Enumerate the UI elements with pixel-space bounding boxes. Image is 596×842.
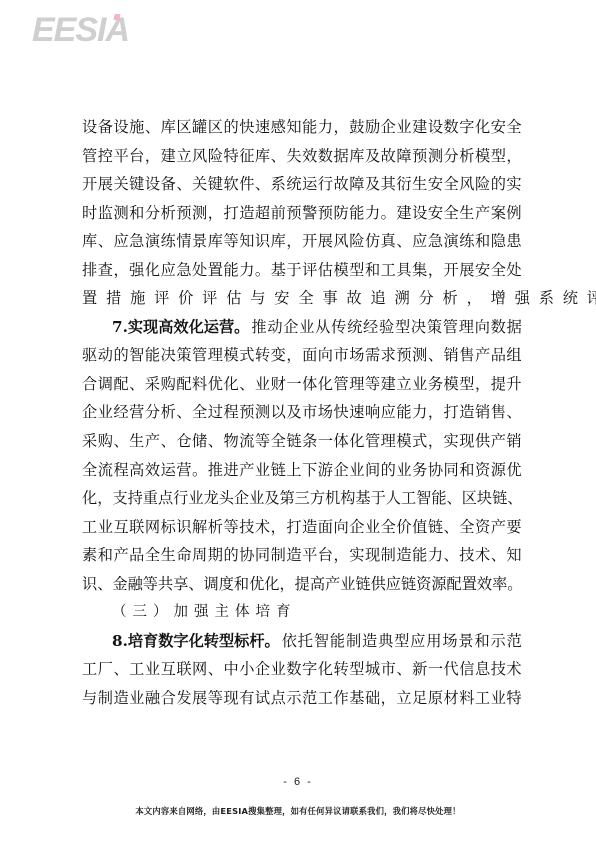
paragraph-line: 识、金融等共享、调度和优化，提高产业链供应链资源配置效率。 — [82, 570, 522, 599]
page-number: - 6 - — [0, 776, 596, 788]
paragraph-line: 置措施评价评估与安全事故追溯分析，增强系统评估能力。 — [82, 284, 522, 313]
paragraph-line: 合调配、采购配料优化、业财一体化管理等建立业务模型，提升 — [82, 370, 522, 399]
paragraph-line: 工业互联网标识解析等技术，打造面向企业全价值链、全资产要 — [82, 513, 522, 542]
paragraph-line: 开展关键设备、关键软件、系统运行故障及其衍生安全风险的实 — [82, 170, 522, 199]
paragraph-line: 8.培育数字化转型标杆。依托智能制造典型应用场景和示范 — [82, 627, 522, 656]
bold-lead-heading: 8.培育数字化转型标杆。 — [112, 627, 280, 656]
paragraph-line: 7.实现高效化运营。推动企业从传统经验型决策管理向数据 — [82, 313, 522, 342]
paragraph-line: 与制造业融合发展等现有试点示范工作基础，立足原材料工业特 — [82, 684, 522, 713]
document-body: 设备设施、库区罐区的快速感知能力，鼓励企业建设数字化安全管控平台，建立风险特征库… — [82, 113, 522, 712]
paragraph-line: 排查，强化应急处置能力。基于评估模型和工具集，开展安全处 — [82, 256, 522, 285]
footer-disclaimer: 本文内容来自网络，由EESIA搜集整理，如有任何异议请联系我们，我们将尽快处理！ — [0, 805, 596, 817]
paragraph-line: 驱动的智能决策管理模式转变，面向市场需求预测、销售产品组 — [82, 341, 522, 370]
line-text: 依托智能制造典型应用场景和示范 — [282, 627, 522, 656]
paragraph-line: 管控平台，建立风险特征库、失效数据库及故障预测分析模型， — [82, 142, 522, 171]
paragraph-line: 素和产品全生命周期的协同制造平台，实现制造能力、技术、知 — [82, 541, 522, 570]
paragraph-line: 设备设施、库区罐区的快速感知能力，鼓励企业建设数字化安全 — [82, 113, 522, 142]
bold-lead-heading: 7.实现高效化运营。 — [112, 313, 249, 342]
logo-accent-dot — [113, 14, 120, 20]
paragraph-line: 库、应急演练情景库等知识库，开展风险仿真、应急演练和隐患 — [82, 227, 522, 256]
paragraph-line: 企业经营分析、全过程预测以及市场快速响应能力，打造销售、 — [82, 398, 522, 427]
paragraph-line: 全流程高效运营。推进产业链上下游企业间的业务协同和资源优 — [82, 456, 522, 485]
paragraph-line: 化，支持重点行业龙头企业及第三方机构基于人工智能、区块链、 — [82, 484, 522, 513]
paragraph-line: 时监测和分析预测，打造超前预警预防能力。建设安全生产案例 — [82, 199, 522, 228]
line-text: 置措施评价评估与安全事故追溯分析，增强系统评估能力。 — [82, 284, 596, 313]
line-text: （三）加强主体培育 — [112, 598, 297, 627]
line-text: 推动企业从传统经验型决策管理向数据 — [251, 313, 522, 342]
section-subheading: （三）加强主体培育 — [82, 598, 522, 627]
eesia-logo: EESIA — [32, 12, 129, 48]
paragraph-line: 采购、生产、仓储、物流等全链条一体化管理模式，实现供产销 — [82, 427, 522, 456]
paragraph-line: 工厂、工业互联网、中小企业数字化转型城市、新一代信息技术 — [82, 655, 522, 684]
